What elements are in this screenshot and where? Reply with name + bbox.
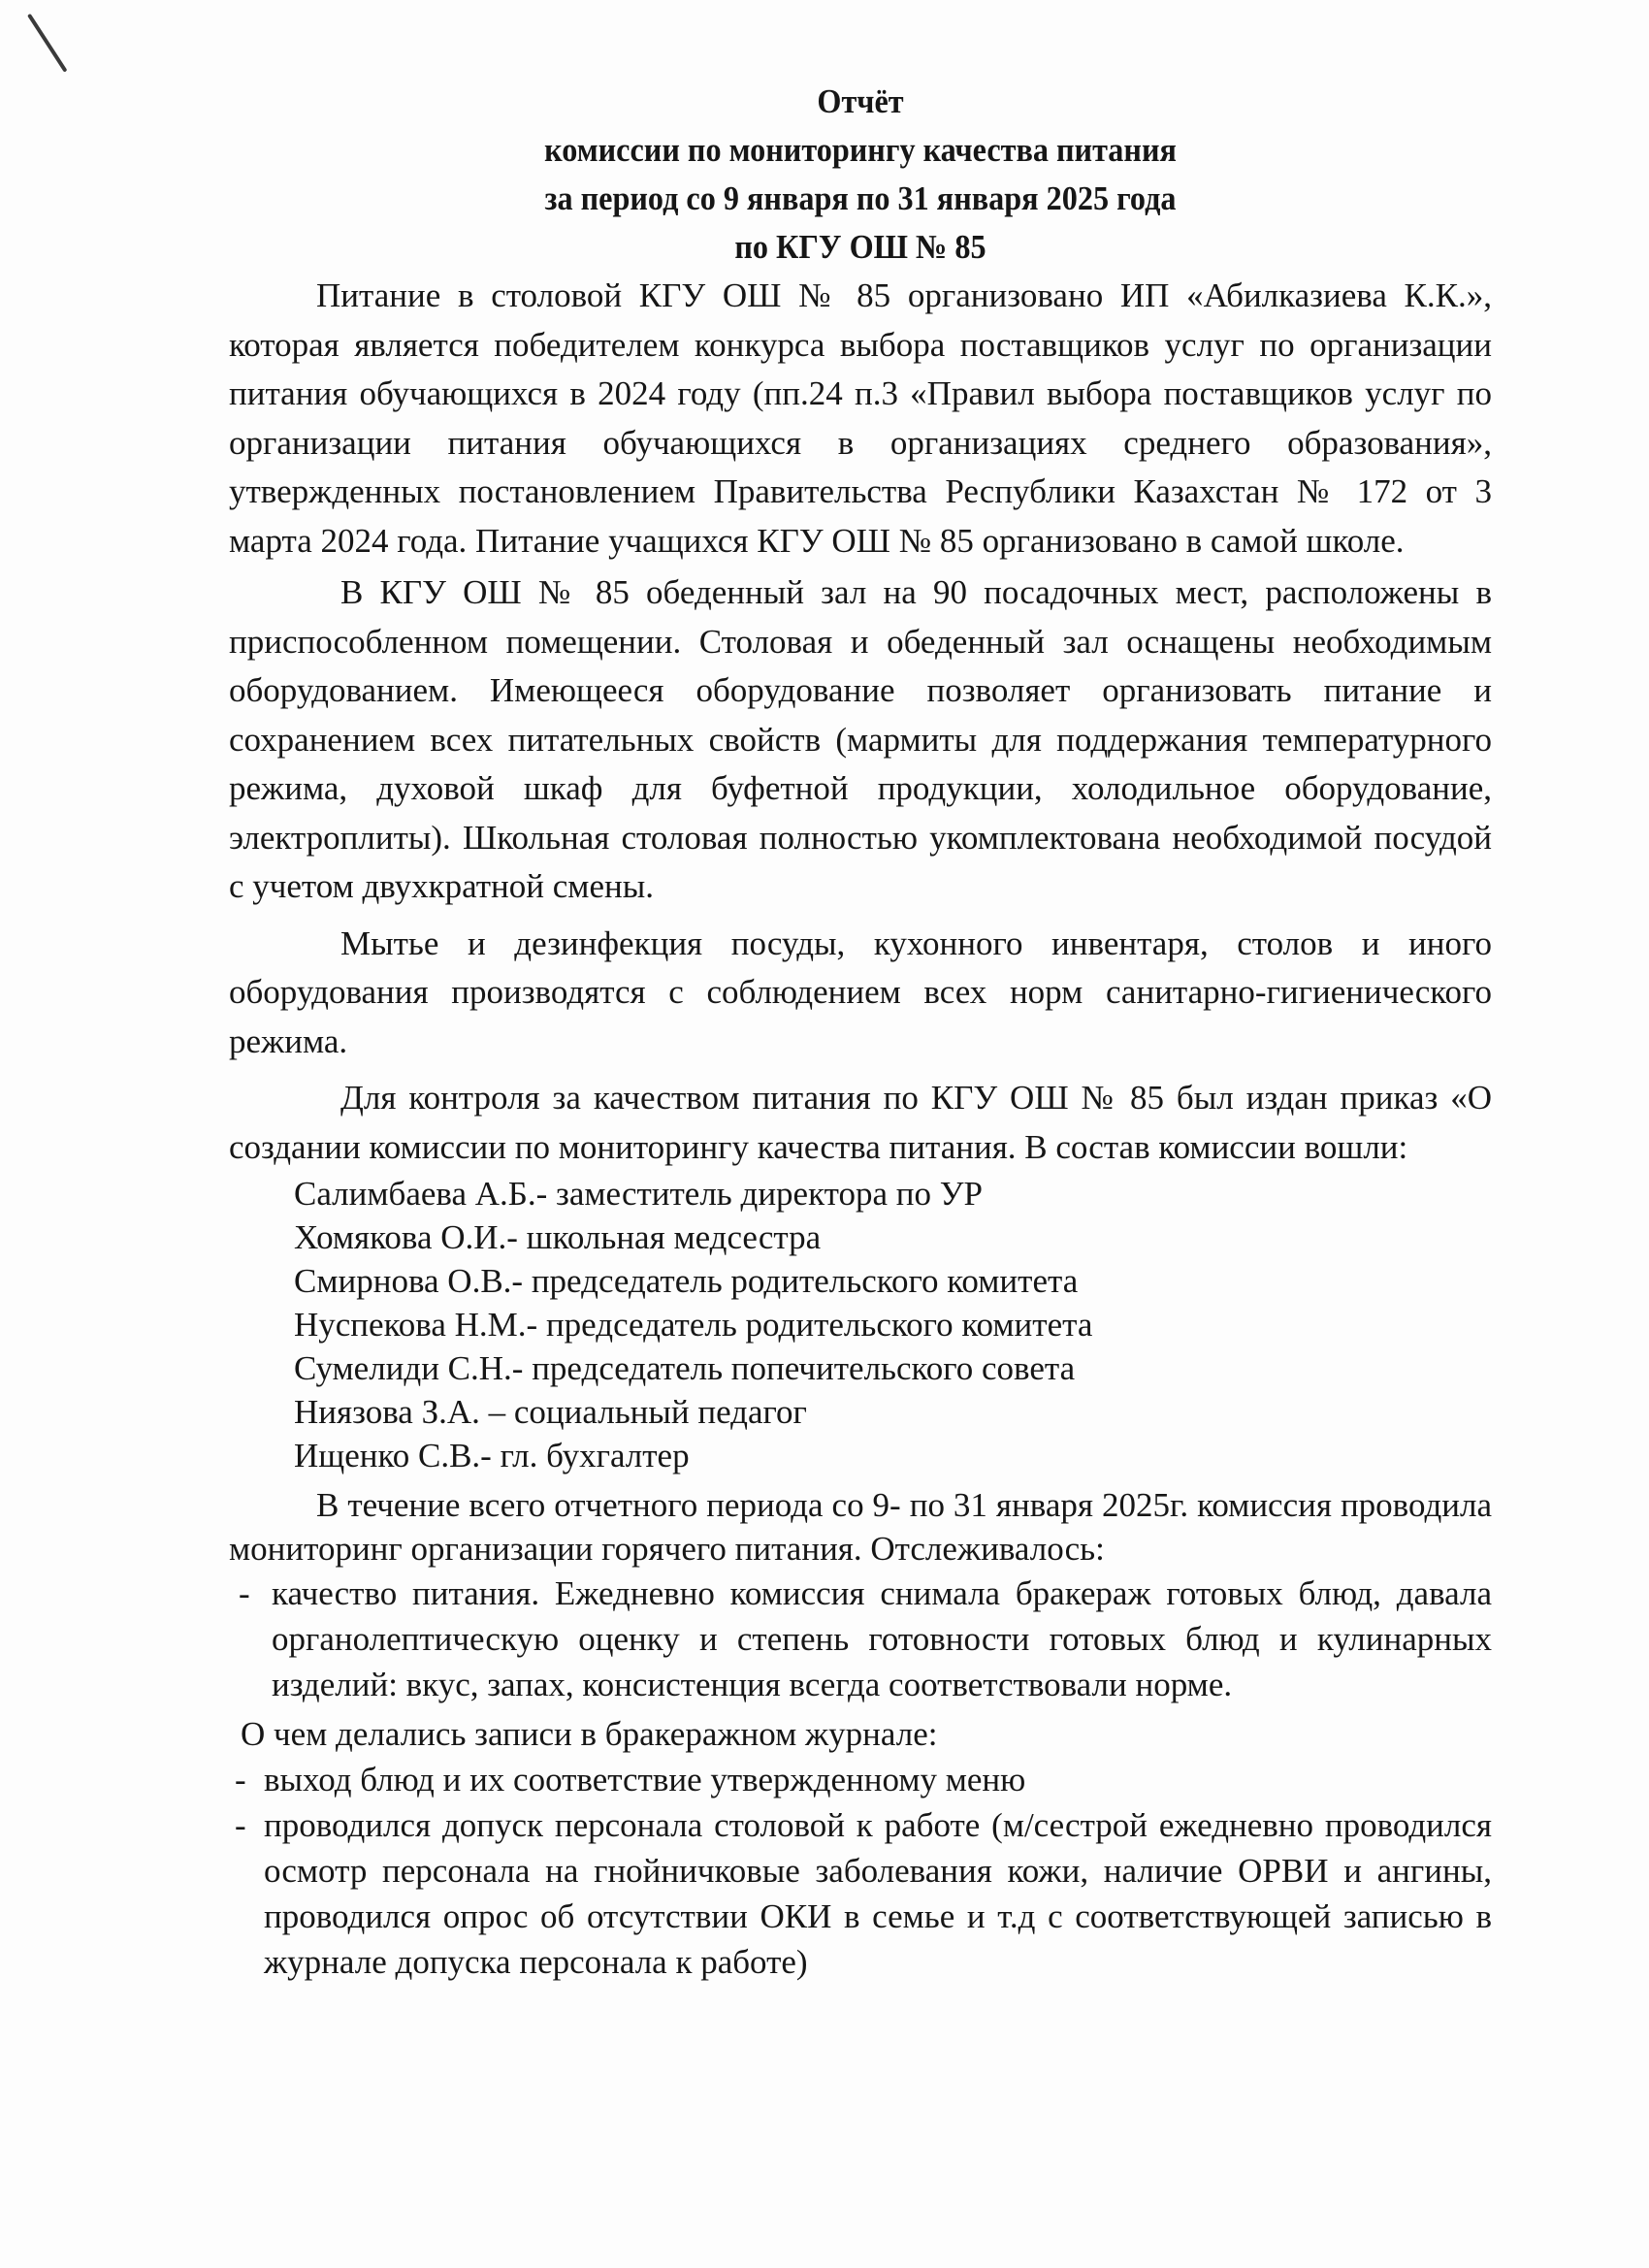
journal-item-staff-admission: - проводился допуск персонала столовой к… (229, 1802, 1492, 1985)
paragraph-dining-hall: В КГУ ОШ № 85 обеденный зал на 90 посадо… (229, 568, 1492, 912)
member-item: Хомякова О.И.- школьная медсестра (294, 1215, 1492, 1259)
dash-bullet: - (239, 1571, 250, 1616)
paragraph-monitoring-period: В течение всего отчетного периода со 9- … (229, 1483, 1492, 1571)
paragraph-journal-entries: О чем делались записи в бракеражном журн… (229, 1711, 1492, 1757)
scanned-page: Отчёт комиссии по мониторингу качества п… (0, 0, 1649, 2268)
member-item: Салимбаева А.Б.- заместитель директора п… (294, 1172, 1492, 1215)
dash-bullet: - (235, 1757, 246, 1802)
paragraph-commission-order: Для контроля за качеством питания по КГУ… (229, 1074, 1492, 1172)
report-title: Отчёт комиссии по мониторингу качества п… (279, 78, 1441, 272)
member-item: Сумелиди С.Н.- председатель попечительск… (294, 1346, 1492, 1390)
paragraph-catering-provider: Питание в столовой КГУ ОШ № 85 организов… (229, 272, 1492, 566)
journal-item-menu-compliance: - выход блюд и их соответствие утвержден… (229, 1757, 1492, 1802)
title-line-2: комиссии по мониторингу качества питания (279, 126, 1441, 175)
member-item: Ниязова З.А. – социальный педагог (294, 1390, 1492, 1434)
monitored-item-food-quality: - качество питания. Ежедневно комиссия с… (229, 1571, 1492, 1707)
member-item: Ищенко С.В.- гл. бухгалтер (294, 1434, 1492, 1477)
commission-members-list: Салимбаева А.Б.- заместитель директора п… (229, 1172, 1492, 1477)
member-item: Нуспекова Н.М.- председатель родительско… (294, 1303, 1492, 1346)
paragraph-disinfection: Мытье и дезинфекция посуды, кухонного ин… (229, 920, 1492, 1067)
title-line-3: за период со 9 января по 31 января 2025 … (279, 175, 1441, 223)
member-item: Смирнова О.В.- председатель родительског… (294, 1259, 1492, 1303)
report-body: Питание в столовой КГУ ОШ № 85 организов… (229, 272, 1492, 1985)
journal-item-text: выход блюд и их соответствие утвержденно… (264, 1761, 1025, 1798)
title-line-1: Отчёт (279, 78, 1441, 126)
journal-item-text: проводился допуск персонала столовой к р… (264, 1806, 1492, 1981)
monitored-item-text: качество питания. Ежедневно комиссия сни… (272, 1574, 1492, 1703)
pen-mark-artifact (27, 14, 67, 73)
dash-bullet: - (235, 1802, 246, 1848)
title-line-4: по КГУ ОШ № 85 (279, 223, 1441, 272)
